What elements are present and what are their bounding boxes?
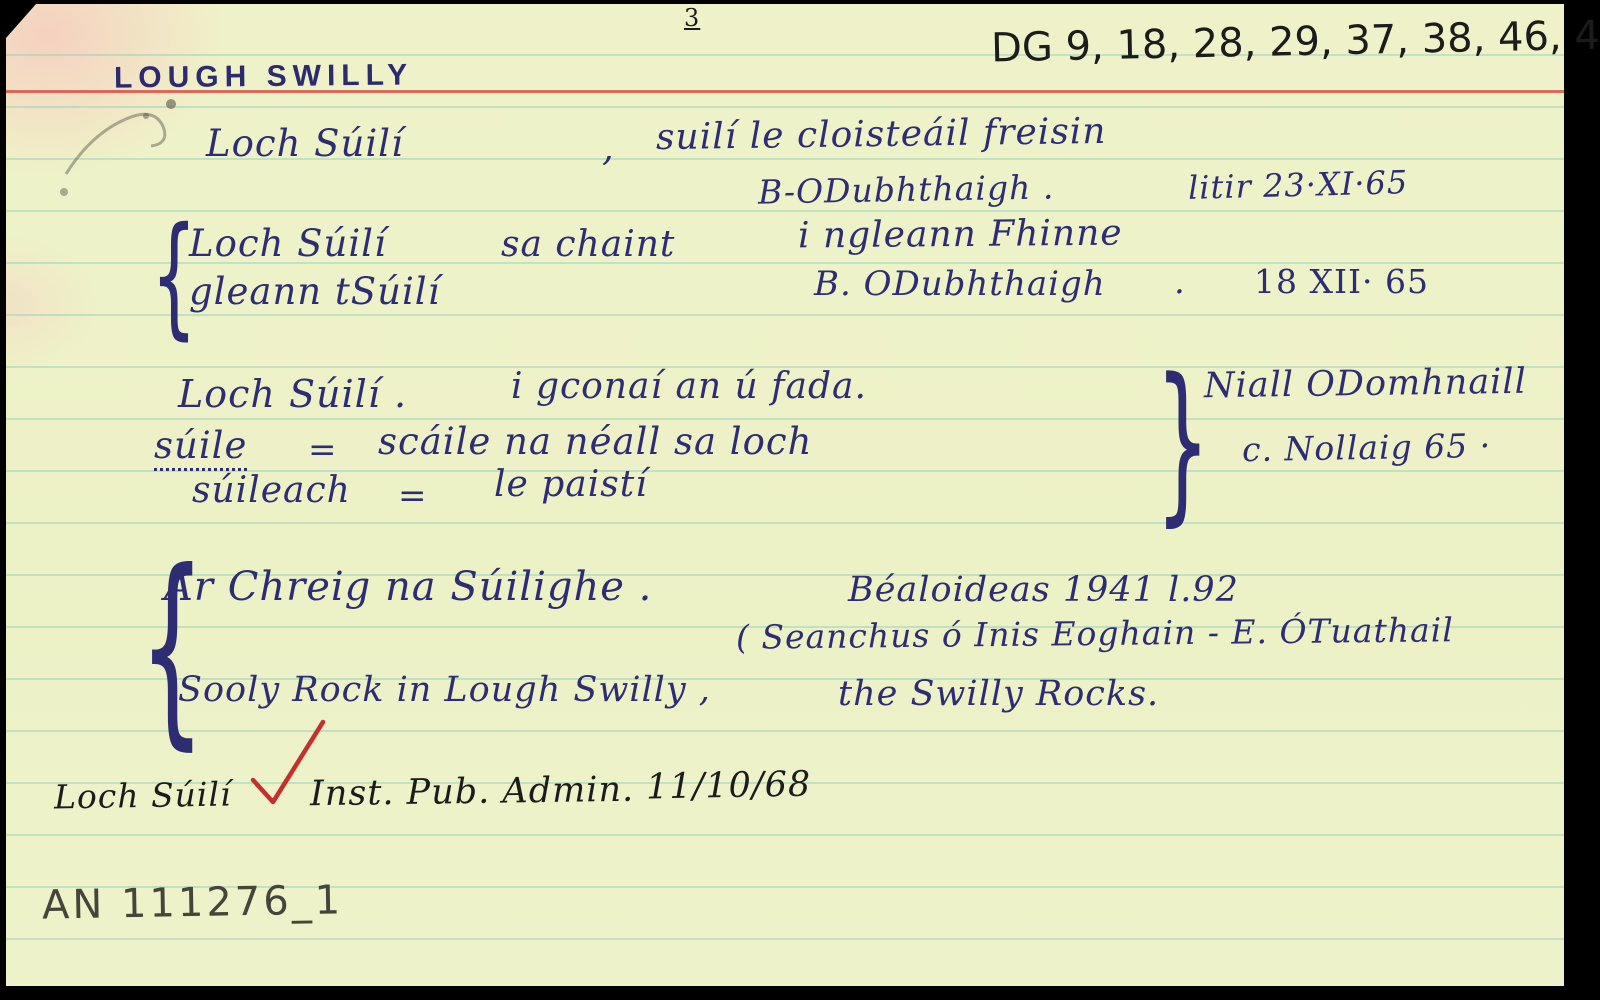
page-mark: 3	[684, 4, 700, 32]
entry5-headword: Loch Súilí	[54, 774, 232, 816]
entry4-headword: Ar Chreig na Súilighe .	[164, 564, 652, 610]
entry3-definition2-text: le paistí	[494, 464, 648, 505]
index-card: 3 DG 9, 18, 28, 29, 37, 38, 46, 47, 54 L…	[6, 4, 1564, 986]
entry1-comma: ,	[602, 126, 615, 169]
entry3-definition2-equals: =	[398, 476, 428, 516]
entry3-definition2-term: súileach	[192, 470, 351, 511]
entry4-source2: ( Seanchus ó Inis Eoghain - E. ÓTuathail	[736, 610, 1454, 657]
entry3-definition1-equals: =	[308, 430, 338, 470]
entry2-line1-end: i ngleann Fhinne	[798, 213, 1123, 257]
entry2-line1-headword: Loch Súilí	[189, 222, 387, 265]
entry3-headword: Loch Súilí .	[178, 372, 407, 416]
entry1-source: B-ODubhthaigh .	[758, 167, 1055, 211]
entry2-line1-mid: sa chaint	[501, 224, 675, 265]
entry3-informant: Niall ODomhnaill	[1204, 362, 1527, 407]
card-title: LOUGH SWILLY	[114, 58, 414, 95]
archive-reference: AN 111276_1	[42, 877, 344, 928]
entry2-source: B. ODubhthaigh	[814, 264, 1106, 304]
entry5-date: 11/10/68	[646, 765, 812, 808]
dotted-underline-term: súile	[154, 424, 247, 471]
entry3-definition1-term: súile	[154, 424, 247, 467]
entry4-english: Sooly Rock in Lough Swilly ,	[178, 670, 711, 710]
scanned-index-card: 3 DG 9, 18, 28, 29, 37, 38, 46, 47, 54 L…	[0, 0, 1600, 1000]
entry3-note: i gconaí an ú fada.	[511, 366, 867, 407]
entry2-line2-headword: gleann tSúilí	[189, 270, 440, 313]
entry1-gloss: suilí le cloisteáil freisin	[656, 111, 1107, 158]
entry4-source: Béaloideas 1941 l.92	[848, 570, 1239, 610]
entry1-date: litir 23·XI·65	[1188, 163, 1409, 207]
entry2-date: 18 XII· 65	[1254, 262, 1429, 301]
entry3-date: c. Nollaig 65 ·	[1242, 426, 1492, 469]
entry2-source-dot: .	[1174, 262, 1186, 302]
entry4-english2: the Swilly Rocks.	[838, 674, 1159, 714]
entry5-source: Inst. Pub. Admin.	[310, 770, 635, 815]
entry3-definition1-text: scáile na néall sa loch	[378, 420, 812, 463]
dg-reference-numbers: DG 9, 18, 28, 29, 37, 38, 46, 47, 54	[991, 11, 1600, 72]
entry1-headword: Loch Súilí	[206, 122, 404, 165]
scan-corner-shadow	[6, 4, 36, 38]
entry3-brace: }	[1155, 356, 1210, 528]
